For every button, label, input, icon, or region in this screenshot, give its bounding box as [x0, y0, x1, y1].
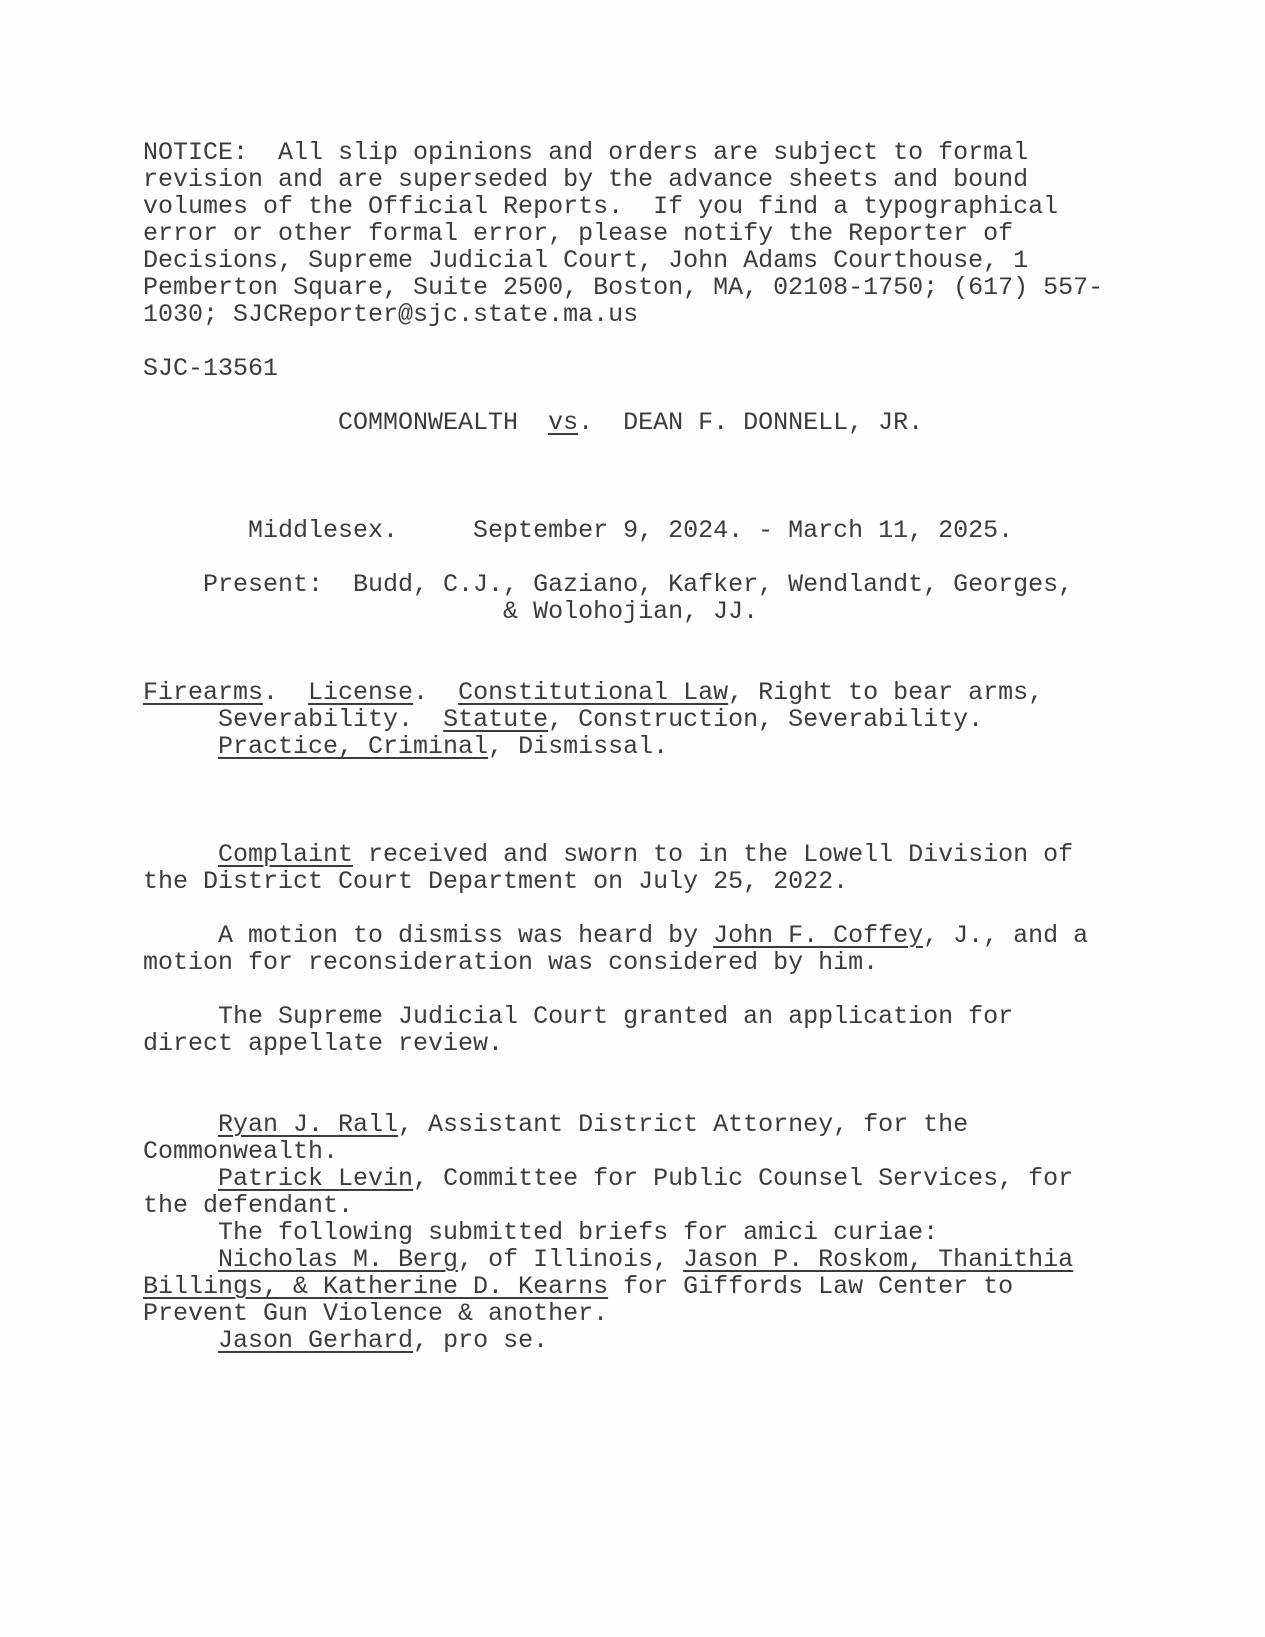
counsel-defendant-line-2: the defendant.	[143, 1192, 353, 1219]
counsel-commonwealth-line-1: Ryan J. Rall, Assistant District Attorne…	[143, 1111, 968, 1138]
counsel-commonwealth-line-2: Commonwealth.	[143, 1138, 338, 1165]
amici-brief-line-1: Nicholas M. Berg, of Illinois, Jason P. …	[143, 1246, 1073, 1273]
notice-line-7: 1030; SJCReporter@sjc.state.ma.us	[143, 301, 638, 328]
headnote-line-1: Firearms. License. Constitutional Law, R…	[143, 679, 1043, 706]
notice-line-1: NOTICE: All slip opinions and orders are…	[143, 139, 1028, 166]
amici-intro: The following submitted briefs for amici…	[143, 1219, 938, 1246]
slip-opinion-first-page: NOTICE: All slip opinions and orders are…	[0, 0, 1265, 1637]
document-page: NOTICE: All slip opinions and orders are…	[0, 0, 1265, 1637]
justices-present-line-1: Present: Budd, C.J., Gaziano, Kafker, We…	[143, 571, 1073, 598]
county-and-dates: Middlesex. September 9, 2024. - March 11…	[143, 517, 1013, 544]
notice-line-5: Decisions, Supreme Judicial Court, John …	[143, 247, 1028, 274]
procedural-motion-line-2: motion for reconsideration was considere…	[143, 949, 878, 976]
amici-pro-se: Jason Gerhard, pro se.	[143, 1327, 548, 1354]
procedural-complaint-line-2: the District Court Department on July 25…	[143, 868, 848, 895]
amici-brief-line-3: Prevent Gun Violence & another.	[143, 1300, 608, 1327]
notice-line-2: revision and are superseded by the advan…	[143, 166, 1028, 193]
notice-line-4: error or other formal error, please noti…	[143, 220, 1013, 247]
headnote-line-3: Practice, Criminal, Dismissal.	[143, 733, 668, 760]
justices-present-line-2: & Wolohojian, JJ.	[143, 598, 758, 625]
notice-line-3: volumes of the Official Reports. If you …	[143, 193, 1058, 220]
notice-line-6: Pemberton Square, Suite 2500, Boston, MA…	[143, 274, 1103, 301]
amici-brief-line-2: Billings, & Katherine D. Kearns for Giff…	[143, 1273, 1013, 1300]
procedural-complaint-line-1: Complaint received and sworn to in the L…	[143, 841, 1073, 868]
docket-number: SJC-13561	[143, 355, 278, 382]
case-title: COMMONWEALTH vs. DEAN F. DONNELL, JR.	[143, 409, 923, 436]
headnote-line-2: Severability. Statute, Construction, Sev…	[143, 706, 983, 733]
procedural-motion-line-1: A motion to dismiss was heard by John F.…	[143, 922, 1088, 949]
counsel-defendant-line-1: Patrick Levin, Committee for Public Coun…	[143, 1165, 1073, 1192]
procedural-dar-line-2: direct appellate review.	[143, 1030, 503, 1057]
procedural-dar-line-1: The Supreme Judicial Court granted an ap…	[143, 1003, 1013, 1030]
